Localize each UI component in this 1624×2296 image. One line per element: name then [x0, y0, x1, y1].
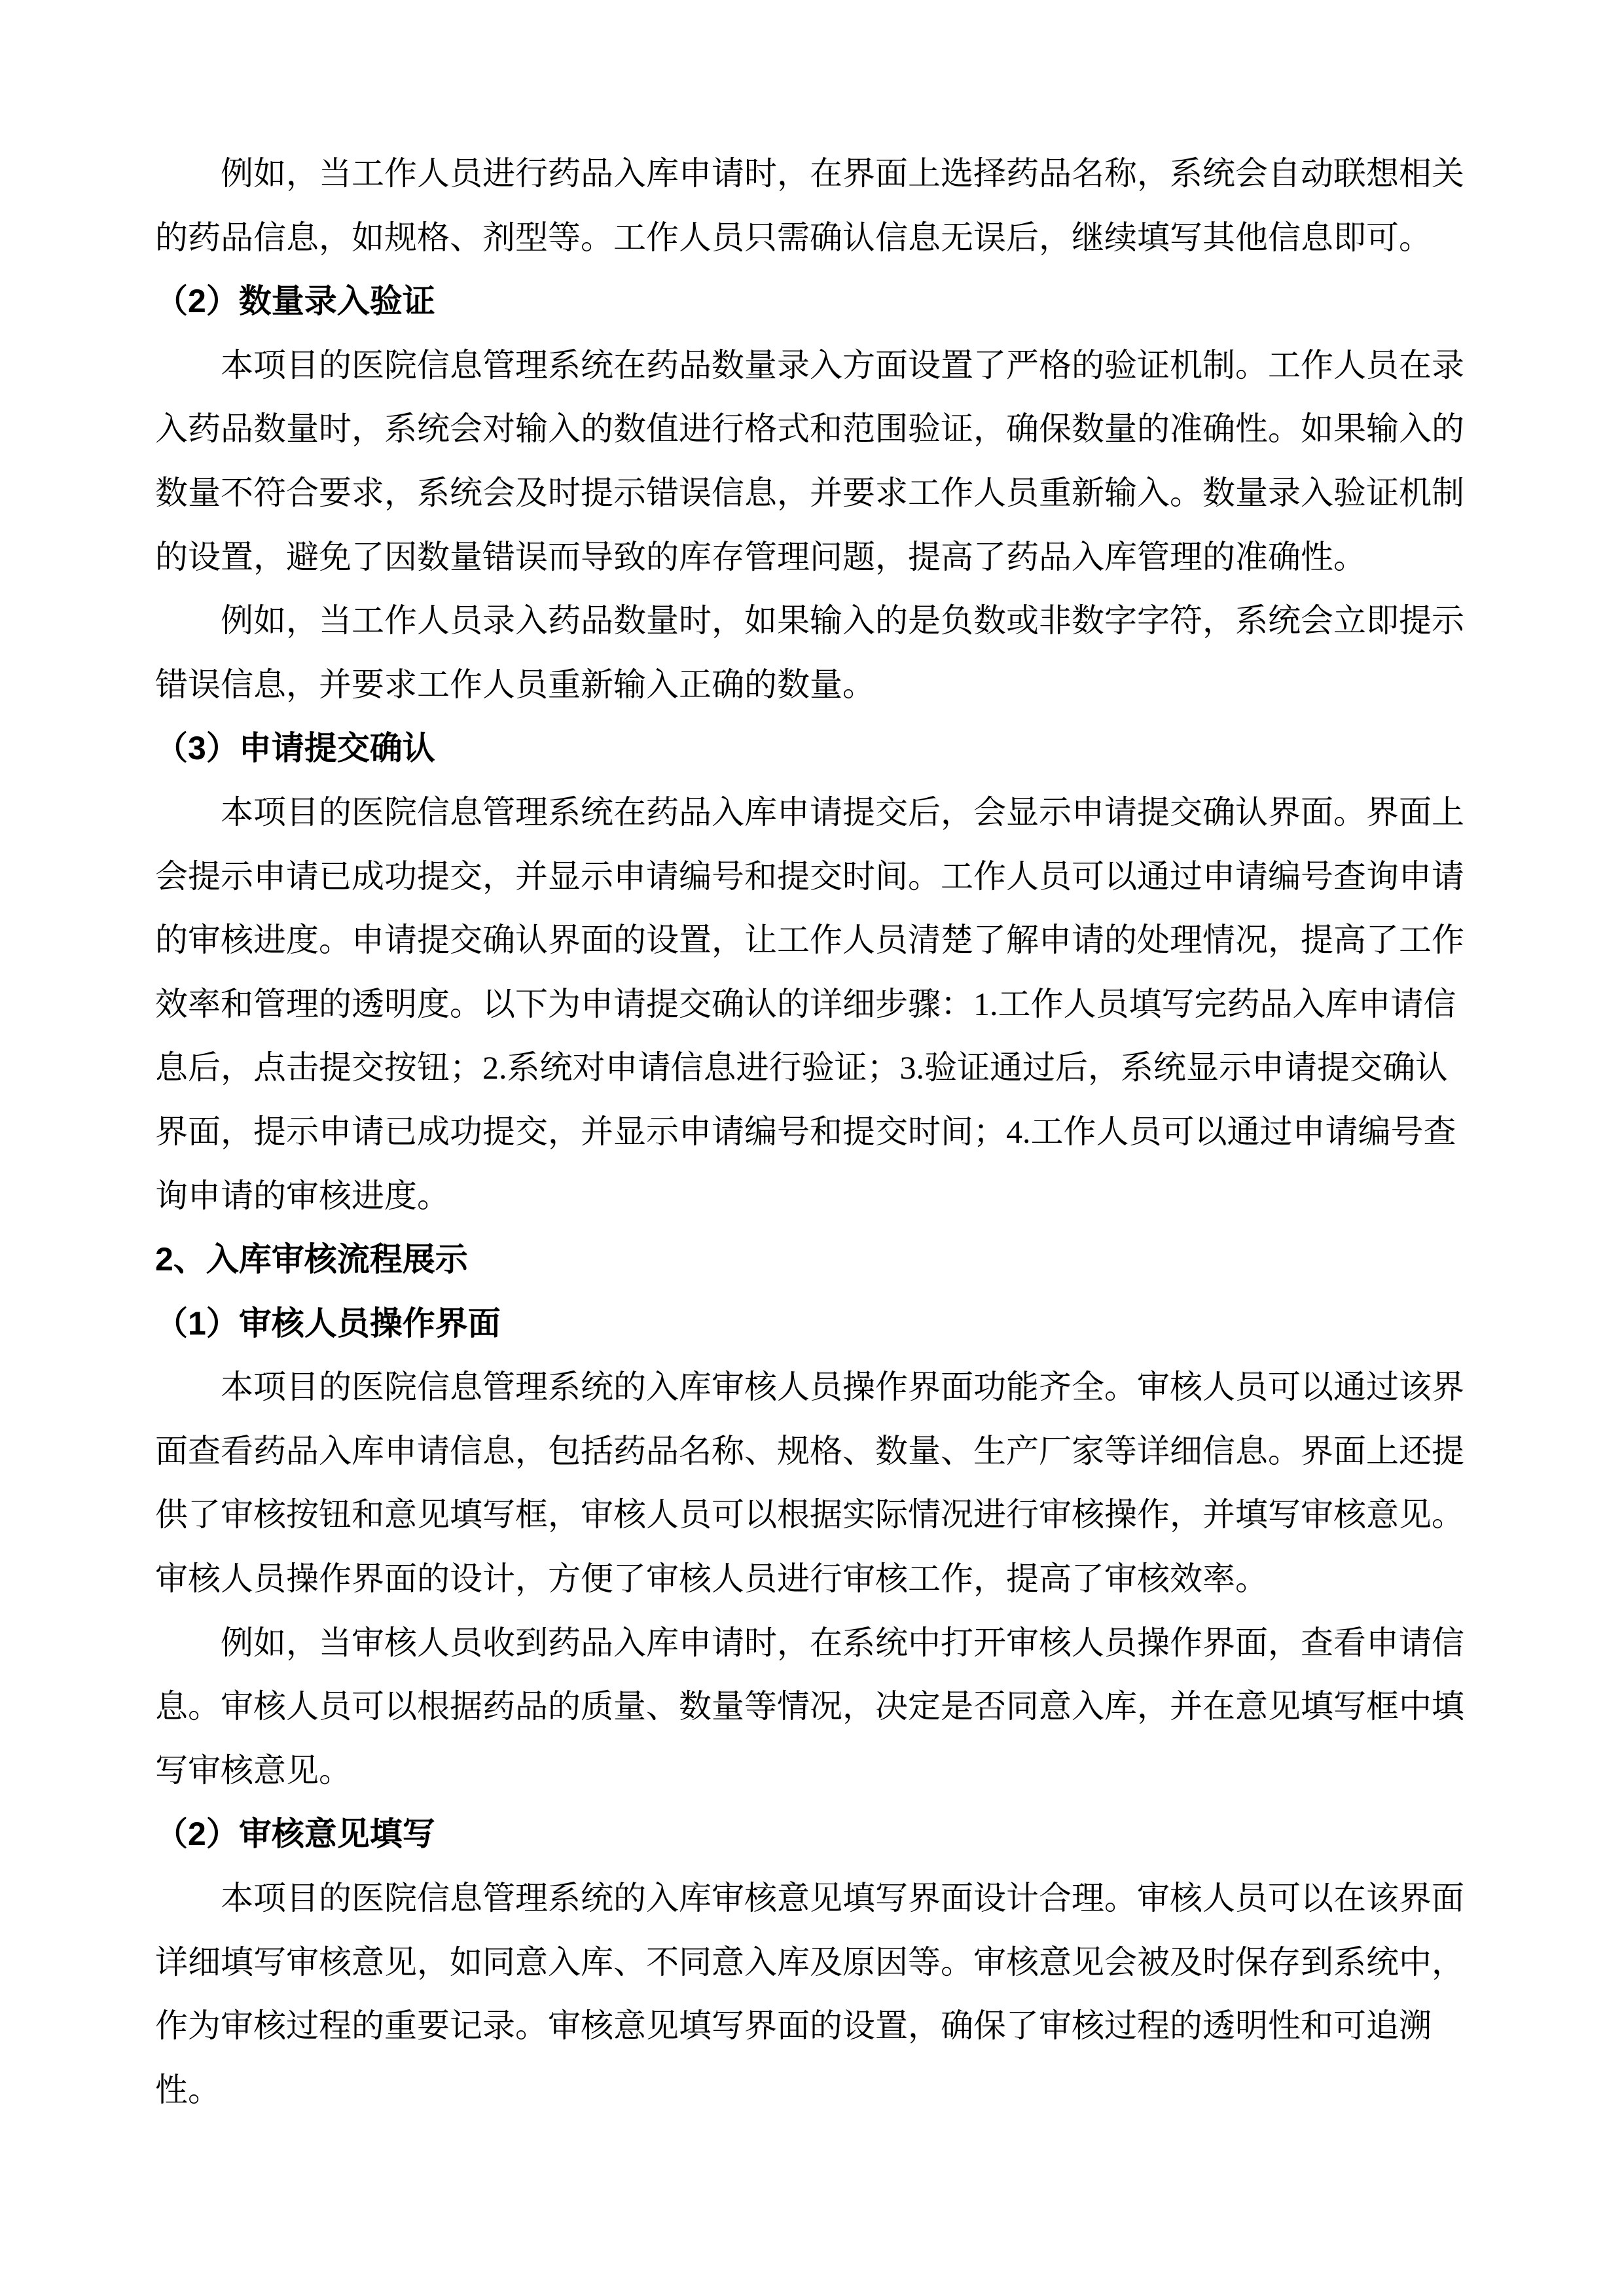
- text-line: 询申请的审核进度。: [155, 1164, 1470, 1229]
- text-line: 例如，当工作人员录入药品数量时，如果输入的是负数或非数字字符，系统会立即提示: [155, 589, 1470, 653]
- text-line: 息后，点击提交按钮；2.系统对申请信息进行验证；3.验证通过后，系统显示申请提交…: [155, 1036, 1470, 1100]
- text-line: 本项目的医院信息管理系统在药品入库申请提交后，会显示申请提交确认界面。界面上: [155, 781, 1470, 845]
- text-line: 的审核进度。申请提交确认界面的设置，让工作人员清楚了解申请的处理情况，提高了工作: [155, 908, 1470, 973]
- text-line: 本项目的医院信息管理系统在药品数量录入方面设置了严格的验证机制。工作人员在录: [155, 334, 1470, 398]
- section-heading: 2、入库审核流程展示: [155, 1228, 1470, 1292]
- text-line: 的药品信息，如规格、剂型等。工作人员只需确认信息无误后，继续填写其他信息即可。: [155, 206, 1470, 270]
- text-line: 息。审核人员可以根据药品的质量、数量等情况，决定是否同意入库，并在意见填写框中填: [155, 1675, 1470, 1739]
- text-line: 数量不符合要求，系统会及时提示错误信息，并要求工作人员重新输入。数量录入验证机制: [155, 461, 1470, 526]
- text-line: 入药品数量时，系统会对输入的数值进行格式和范围验证，确保数量的准确性。如果输入的: [155, 397, 1470, 461]
- text-line: 会提示申请已成功提交，并显示申请编号和提交时间。工作人员可以通过申请编号查询申请: [155, 845, 1470, 909]
- text-line: 面查看药品入库申请信息，包括药品名称、规格、数量、生产厂家等详细信息。界面上还提: [155, 1420, 1470, 1484]
- text-line: 供了审核按钮和意见填写框，审核人员可以根据实际情况进行审核操作，并填写审核意见。: [155, 1483, 1470, 1547]
- text-line: 写审核意见。: [155, 1739, 1470, 1803]
- text-line: 例如，当工作人员进行药品入库申请时，在界面上选择药品名称，系统会自动联想相关: [155, 142, 1470, 206]
- text-line: 例如，当审核人员收到药品入库申请时，在系统中打开审核人员操作界面，查看申请信: [155, 1611, 1470, 1676]
- document-page: 例如，当工作人员进行药品入库申请时，在界面上选择药品名称，系统会自动联想相关 的…: [0, 0, 1624, 2296]
- section-heading: （2）审核意见填写: [155, 1803, 1470, 1867]
- text-line: 效率和管理的透明度。以下为申请提交确认的详细步骤：1.工作人员填写完药品入库申请…: [155, 973, 1470, 1037]
- text-line: 详细填写审核意见，如同意入库、不同意入库及原因等。审核意见会被及时保存到系统中，: [155, 1931, 1470, 1995]
- text-line: 审核人员操作界面的设计，方便了审核人员进行审核工作，提高了审核效率。: [155, 1547, 1470, 1611]
- section-heading: （1）审核人员操作界面: [155, 1292, 1470, 1356]
- text-line: 性。: [155, 2058, 1470, 2123]
- text-line: 作为审核过程的重要记录。审核意见填写界面的设置，确保了审核过程的透明性和可追溯: [155, 1994, 1470, 2058]
- text-line: 界面，提示申请已成功提交，并显示申请编号和提交时间；4.工作人员可以通过申请编号…: [155, 1100, 1470, 1164]
- section-heading: （2）数量录入验证: [155, 270, 1470, 334]
- section-heading: （3）申请提交确认: [155, 717, 1470, 781]
- document-text-block: 例如，当工作人员进行药品入库申请时，在界面上选择药品名称，系统会自动联想相关 的…: [155, 142, 1470, 2122]
- text-line: 的设置，避免了因数量错误而导致的库存管理问题，提高了药品入库管理的准确性。: [155, 526, 1470, 590]
- text-line: 本项目的医院信息管理系统的入库审核人员操作界面功能齐全。审核人员可以通过该界: [155, 1355, 1470, 1420]
- text-line: 本项目的医院信息管理系统的入库审核意见填写界面设计合理。审核人员可以在该界面: [155, 1867, 1470, 1931]
- text-line: 错误信息，并要求工作人员重新输入正确的数量。: [155, 653, 1470, 717]
